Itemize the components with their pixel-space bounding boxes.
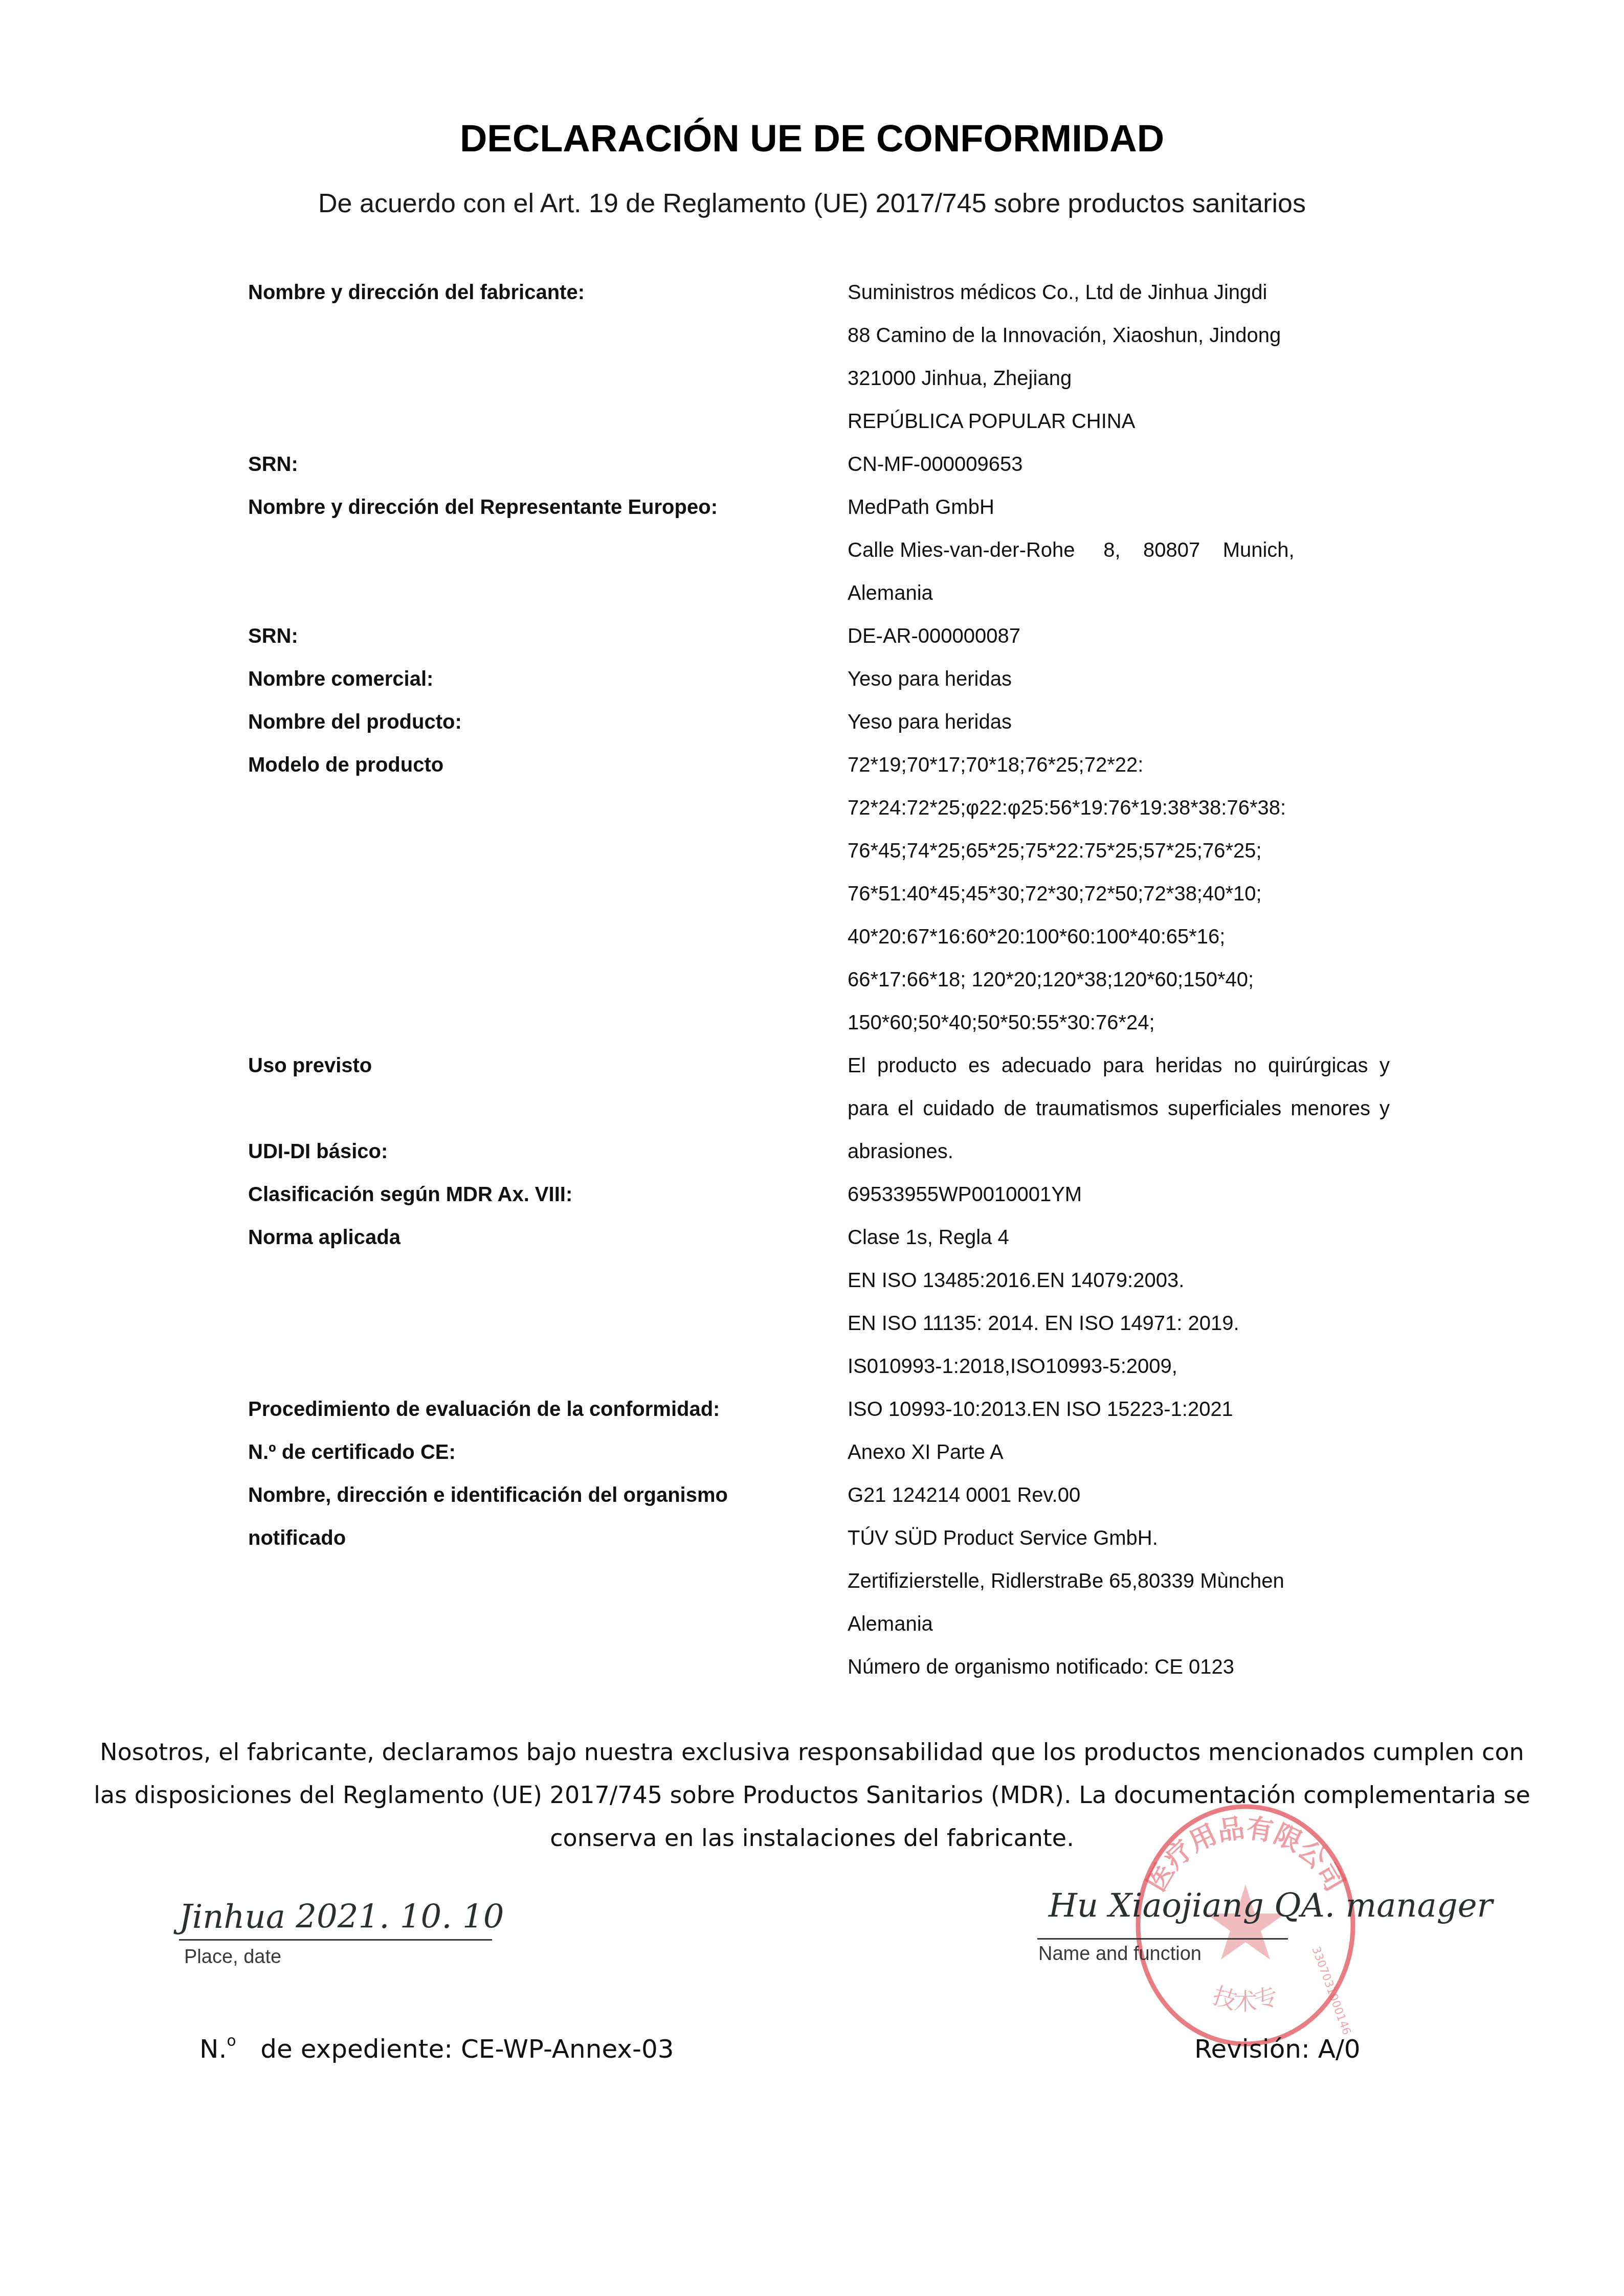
intended-use-line: para el cuidado de traumatismos superfic… (848, 1096, 1390, 1121)
file-number-text: de expediente: CE-WP-Annex-03 (260, 2034, 674, 2064)
product-name-value: Yeso para heridas (848, 710, 1012, 734)
srn-label: SRN: (248, 624, 298, 648)
place-date-caption: Place, date (184, 1946, 281, 1968)
classification-label: Clasificación según MDR Ax. VIII: (248, 1182, 572, 1207)
certificate-value: G21 124214 0001 Rev.00 (848, 1483, 1080, 1507)
eu-representative-line: MedPath GmbH (848, 495, 994, 520)
document-title: DECLARACIÓN UE DE CONFORMIDAD (0, 117, 1624, 160)
udi-value: 69533955WP0010001YM (848, 1182, 1082, 1207)
intended-use-label: Uso previsto (248, 1053, 372, 1078)
manufacturer-line: 88 Camino de la Innovación, Xiaoshun, Ji… (848, 323, 1281, 348)
eu-representative-line: Alemania (848, 581, 933, 605)
product-model-line: 150*60;50*40;50*50:55*30:76*24; (848, 1010, 1155, 1035)
eu-representative-srn: DE-AR-000000087 (848, 624, 1020, 648)
notified-body-line: TÚV SÜD Product Service GmbH. (848, 1526, 1158, 1550)
product-model-label: Modelo de producto (248, 753, 443, 777)
place-date-handwriting: Jinhua 2021. 10. 10 (179, 1898, 504, 1936)
manufacturer-line: REPÚBLICA POPULAR CHINA (848, 409, 1135, 434)
product-model-line: 76*45;74*25;65*25;75*22:75*25;57*25;76*2… (848, 839, 1262, 863)
manufacturer-srn: CN-MF-000009653 (848, 452, 1022, 477)
product-name-label: Nombre del producto: (248, 710, 462, 734)
standards-label: Norma aplicada (248, 1225, 401, 1250)
notified-body-label-cont: notificado (248, 1526, 346, 1550)
file-number-prefix: N. (199, 2034, 227, 2064)
conformity-procedure-value: Anexo XI Parte A (848, 1440, 1004, 1465)
declaration-line: las disposiciones del Reglamento (UE) 20… (0, 1773, 1624, 1816)
declaration-statement: Nosotros, el fabricante, declaramos bajo… (0, 1730, 1624, 1859)
file-number-ordinal: o (227, 2032, 236, 2050)
standards-line: EN ISO 11135: 2014. EN ISO 14971: 2019. (848, 1311, 1239, 1336)
product-model-line: 66*17:66*18; 120*20;120*38;120*60;150*40… (848, 967, 1254, 992)
revision: Revisión: A/0 (1194, 2034, 1361, 2064)
document-subtitle: De acuerdo con el Art. 19 de Reglamento … (0, 188, 1624, 219)
svg-text:医疗用品有限公司: 医疗用品有限公司 (1141, 1813, 1350, 1897)
declaration-line: conserva en las instalaciones del fabric… (0, 1816, 1624, 1859)
name-function-handwriting: Hu Xiaojiang QA. manager (1049, 1887, 1493, 1925)
notified-body-label: Nombre, dirección e identificación del o… (248, 1483, 728, 1507)
product-model-line: 76*51:40*45;45*30;72*30;72*50;72*38;40*1… (848, 882, 1262, 906)
certificate-label: N.º de certificado CE: (248, 1440, 456, 1465)
declaration-line: Nosotros, el fabricante, declaramos bajo… (0, 1730, 1624, 1773)
intended-use-line: El producto es adecuado para heridas no … (848, 1053, 1390, 1078)
udi-label: UDI-DI básico: (248, 1139, 388, 1164)
file-number: N.o de expediente: CE-WP-Annex-03 (199, 2034, 674, 2064)
conformity-procedure-label: Procedimiento de evaluación de la confor… (248, 1397, 720, 1422)
svg-text:技术专: 技术专 (1209, 1982, 1281, 2015)
product-model-line: 40*20:67*16:60*20:100*60:100*40:65*16; (848, 925, 1225, 949)
trade-name-value: Yeso para heridas (848, 667, 1012, 691)
intended-use-line: abrasiones. (848, 1139, 953, 1164)
stamp-top-text: 医疗用品有限公司 (1141, 1813, 1350, 1897)
eu-representative-line: Calle Mies-van-der-Rohe 8, 80807 Munich, (848, 538, 1295, 562)
manufacturer-line: 321000 Jinhua, Zhejiang (848, 366, 1072, 391)
stamp-bottom-text: 技术专 (1209, 1982, 1281, 2015)
trade-name-label: Nombre comercial: (248, 667, 433, 691)
notified-body-line: Alemania (848, 1612, 933, 1636)
srn-label: SRN: (248, 452, 298, 477)
manufacturer-label: Nombre y dirección del fabricante: (248, 280, 585, 305)
classification-value: Clase 1s, Regla 4 (848, 1225, 1009, 1250)
product-model-line: 72*24:72*25;φ22:φ25:56*19:76*19:38*38:76… (848, 796, 1286, 820)
standards-line: IS010993-1:2018,ISO10993-5:2009, (848, 1354, 1177, 1379)
declaration-page: DECLARACIÓN UE DE CONFORMIDAD De acuerdo… (0, 0, 1624, 2296)
product-model-line: 72*19;70*17;70*18;76*25;72*22: (848, 753, 1143, 777)
notified-body-line: Zertifizierstelle, RidlerstraBe 65,80339… (848, 1569, 1284, 1593)
standards-line: EN ISO 13485:2016.EN 14079:2003. (848, 1268, 1184, 1293)
name-function-caption: Name and function (1038, 1943, 1202, 1965)
notified-body-line: Número de organismo notificado: CE 0123 (848, 1655, 1234, 1679)
manufacturer-line: Suministros médicos Co., Ltd de Jinhua J… (848, 280, 1267, 305)
standards-line: ISO 10993-10:2013.EN ISO 15223-1:2021 (848, 1397, 1233, 1422)
name-function-line (1037, 1938, 1288, 1940)
eu-representative-label: Nombre y dirección del Representante Eur… (248, 495, 718, 520)
place-date-line (179, 1939, 492, 1941)
